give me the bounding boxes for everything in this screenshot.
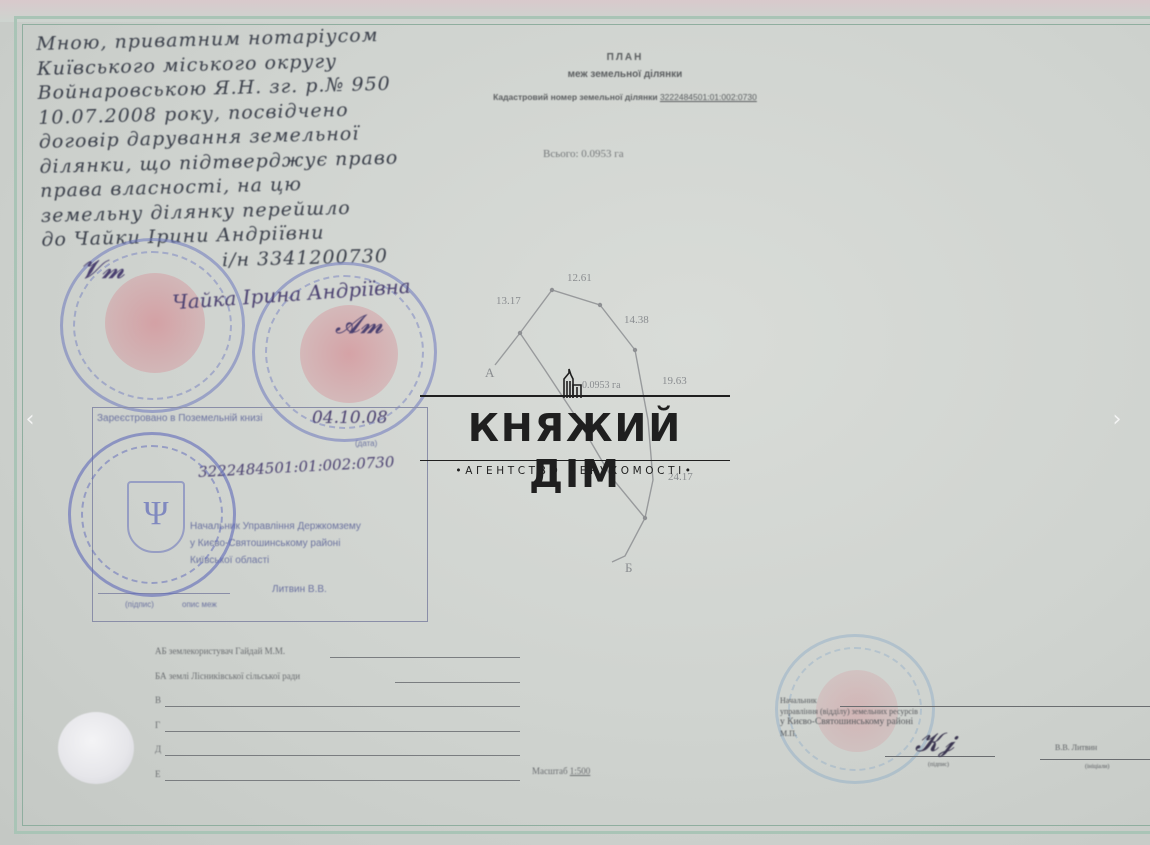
edge-length: 14.38 — [624, 314, 649, 326]
chevron-right-icon: › — [1113, 407, 1122, 432]
agency-watermark-logo: КНЯЖИЙ ДІМ •АГЕНТСТВО НЕРУХОМОСТІ• — [420, 365, 730, 485]
name-caption: (ініціали) — [1085, 762, 1109, 773]
chief-line: у Києво-Святошинському районі — [780, 717, 918, 728]
next-image-button[interactable]: › — [1102, 405, 1132, 435]
agency-tagline: •АГЕНТСТВО НЕРУХОМОСТІ• — [420, 465, 730, 477]
chief-block: Начальник управління (відділу) земельних… — [780, 695, 918, 739]
hologram-seal — [58, 712, 134, 784]
edge-length: 12.61 — [567, 272, 592, 284]
logo-rule-bottom — [420, 460, 730, 461]
prev-image-button[interactable]: ‹ — [15, 405, 45, 435]
chief-name: В.В. Литвин — [1055, 743, 1097, 752]
point-label: Б — [625, 560, 632, 575]
agency-brand: КНЯЖИЙ ДІМ — [420, 405, 730, 497]
boundary-row: Е — [150, 763, 520, 788]
boundary-row: Г — [150, 714, 520, 739]
chief-line: управління (відділу) земельних ресурсів — [780, 706, 918, 717]
name-rule — [1040, 759, 1150, 760]
scale-value: 1:500 — [570, 766, 621, 776]
boundary-row: АБ землекористувач Гайдай М.М. — [150, 640, 520, 665]
edge-length: 13.17 — [496, 295, 521, 307]
chief-signature: 𝓚𝓳 — [915, 728, 955, 759]
chief-rule — [840, 706, 1150, 707]
boundary-row: Д — [150, 738, 520, 763]
boundary-description-list: АБ землекористувач Гайдай М.М. БА землі … — [150, 640, 520, 787]
chief-line: Начальник — [780, 695, 918, 706]
scale-field: Масштаб 1:500 — [532, 766, 620, 776]
signature-caption: (підпис) — [928, 760, 949, 771]
boundary-row: В — [150, 689, 520, 714]
chief-line: М.П. — [780, 728, 918, 739]
boundary-row: БА землі Лісниківської сільської ради — [150, 665, 520, 690]
scale-label: Масштаб — [532, 766, 568, 776]
logo-rule-top — [420, 395, 730, 397]
chevron-left-icon: ‹ — [26, 407, 35, 432]
